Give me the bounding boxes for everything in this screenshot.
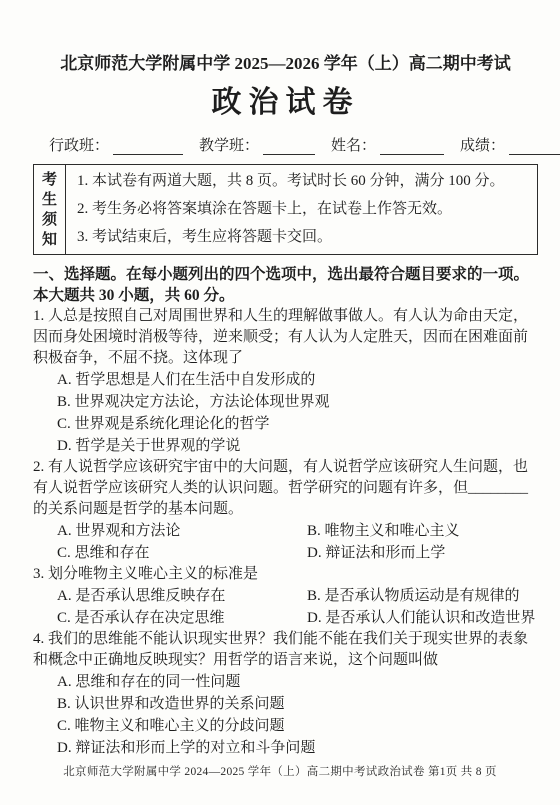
exam-header-line: 北京师范大学附属中学 2025—2026 学年（上）高二期中考试: [33, 52, 538, 76]
question-4-option-b: B. 认识世界和改造世界的关系问题: [33, 693, 538, 715]
student-info-row: 行政班： 教学班： 姓名： 成绩：: [33, 134, 538, 155]
notice-side-label: 考生须知: [34, 165, 66, 254]
question-2-options: A. 世界观和方法论 B. 唯物主义和唯心主义 C. 思维和存在 D. 辩证法和…: [33, 520, 538, 564]
info-field-admin-class: 行政班：: [49, 134, 183, 155]
admin-class-label: 行政班：: [49, 134, 109, 155]
teaching-class-blank: [263, 138, 315, 155]
notice-item-2: 2. 考生务必将答案填涂在答题卡上，在试卷上作答无效。: [77, 200, 531, 219]
admin-class-blank: [113, 138, 183, 155]
score-blank: [509, 138, 560, 155]
question-1-stem: 1. 人总是按照自己对周围世界和人生的理解做事做人。有人认为命由天定，因而身处困…: [33, 306, 538, 369]
teaching-class-label: 教学班：: [199, 134, 259, 155]
question-3-option-b: B. 是否承认物质运动是有规律的: [307, 585, 538, 607]
question-1-options: A. 哲学思想是人们在生活中自发形成的 B. 世界观决定方法论，方法论体现世界观…: [33, 369, 538, 457]
question-2-option-b: B. 唯物主义和唯心主义: [307, 520, 538, 542]
candidate-notice-box: 考生须知 1. 本试卷有两道大题，共 8 页。考试时长 60 分钟，满分 100…: [33, 164, 538, 255]
notice-item-1: 1. 本试卷有两道大题，共 8 页。考试时长 60 分钟，满分 100 分。: [77, 172, 531, 191]
name-label: 姓名：: [331, 134, 376, 155]
name-blank: [380, 138, 444, 155]
section-one-heading: 一、选择题。在每小题列出的四个选项中，选出最符合题目要求的一项。本大题共 30 …: [33, 264, 538, 306]
page-footer: 北京师范大学附属中学 2024—2025 学年（上）高二期中考试政治试卷 第1页…: [0, 763, 560, 779]
notice-items: 1. 本试卷有两道大题，共 8 页。考试时长 60 分钟，满分 100 分。 2…: [66, 165, 537, 254]
question-2-option-d: D. 辩证法和形而上学: [307, 542, 538, 564]
score-label: 成绩：: [460, 134, 505, 155]
question-4: 4. 我们的思维能不能认识现实世界？我们能不能在我们关于现实世界的表象和概念中正…: [33, 629, 538, 759]
exam-paper-page: 北京师范大学附属中学 2025—2026 学年（上）高二期中考试 政治试卷 行政…: [0, 0, 560, 805]
question-2-stem: 2. 有人说哲学应该研究宇宙中的大问题，有人说哲学应该研究人生问题，也有人说哲学…: [33, 457, 538, 520]
question-4-option-a: A. 思维和存在的同一性问题: [33, 671, 538, 693]
question-2-option-c: C. 思维和存在: [57, 542, 307, 564]
question-3-option-c: C. 是否承认存在决定思维: [57, 607, 307, 629]
question-4-options: A. 思维和存在的同一性问题 B. 认识世界和改造世界的关系问题 C. 唯物主义…: [33, 671, 538, 759]
notice-item-3: 3. 考试结束后，考生应将答题卡交回。: [77, 228, 531, 247]
question-2: 2. 有人说哲学应该研究宇宙中的大问题，有人说哲学应该研究人生问题，也有人说哲学…: [33, 457, 538, 564]
question-1-option-c: C. 世界观是系统化理论化的哲学: [33, 413, 538, 435]
info-field-score: 成绩：: [460, 134, 560, 155]
question-3-stem: 3. 划分唯物主义唯心主义的标准是: [33, 564, 538, 585]
question-3: 3. 划分唯物主义唯心主义的标准是 A. 是否承认思维反映存在 B. 是否承认物…: [33, 564, 538, 629]
question-1-option-d: D. 哲学是关于世界观的学说: [33, 435, 538, 457]
question-1-option-a: A. 哲学思想是人们在生活中自发形成的: [33, 369, 538, 391]
question-2-option-a: A. 世界观和方法论: [57, 520, 307, 542]
question-3-options: A. 是否承认思维反映存在 B. 是否承认物质运动是有规律的 C. 是否承认存在…: [33, 585, 538, 629]
info-field-teaching-class: 教学班：: [199, 134, 315, 155]
question-4-stem: 4. 我们的思维能不能认识现实世界？我们能不能在我们关于现实世界的表象和概念中正…: [33, 629, 538, 671]
question-3-option-d: D. 是否承认人们能认识和改造世界: [307, 607, 538, 629]
question-4-option-c: C. 唯物主义和唯心主义的分歧问题: [33, 715, 538, 737]
question-3-option-a: A. 是否承认思维反映存在: [57, 585, 307, 607]
question-4-option-d: D. 辩证法和形而上学的对立和斗争问题: [33, 737, 538, 759]
info-field-name: 姓名：: [331, 134, 444, 155]
paper-title: 政治试卷: [33, 85, 538, 121]
question-1-option-b: B. 世界观决定方法论，方法论体现世界观: [33, 391, 538, 413]
question-1: 1. 人总是按照自己对周围世界和人生的理解做事做人。有人认为命由天定，因而身处困…: [33, 306, 538, 457]
